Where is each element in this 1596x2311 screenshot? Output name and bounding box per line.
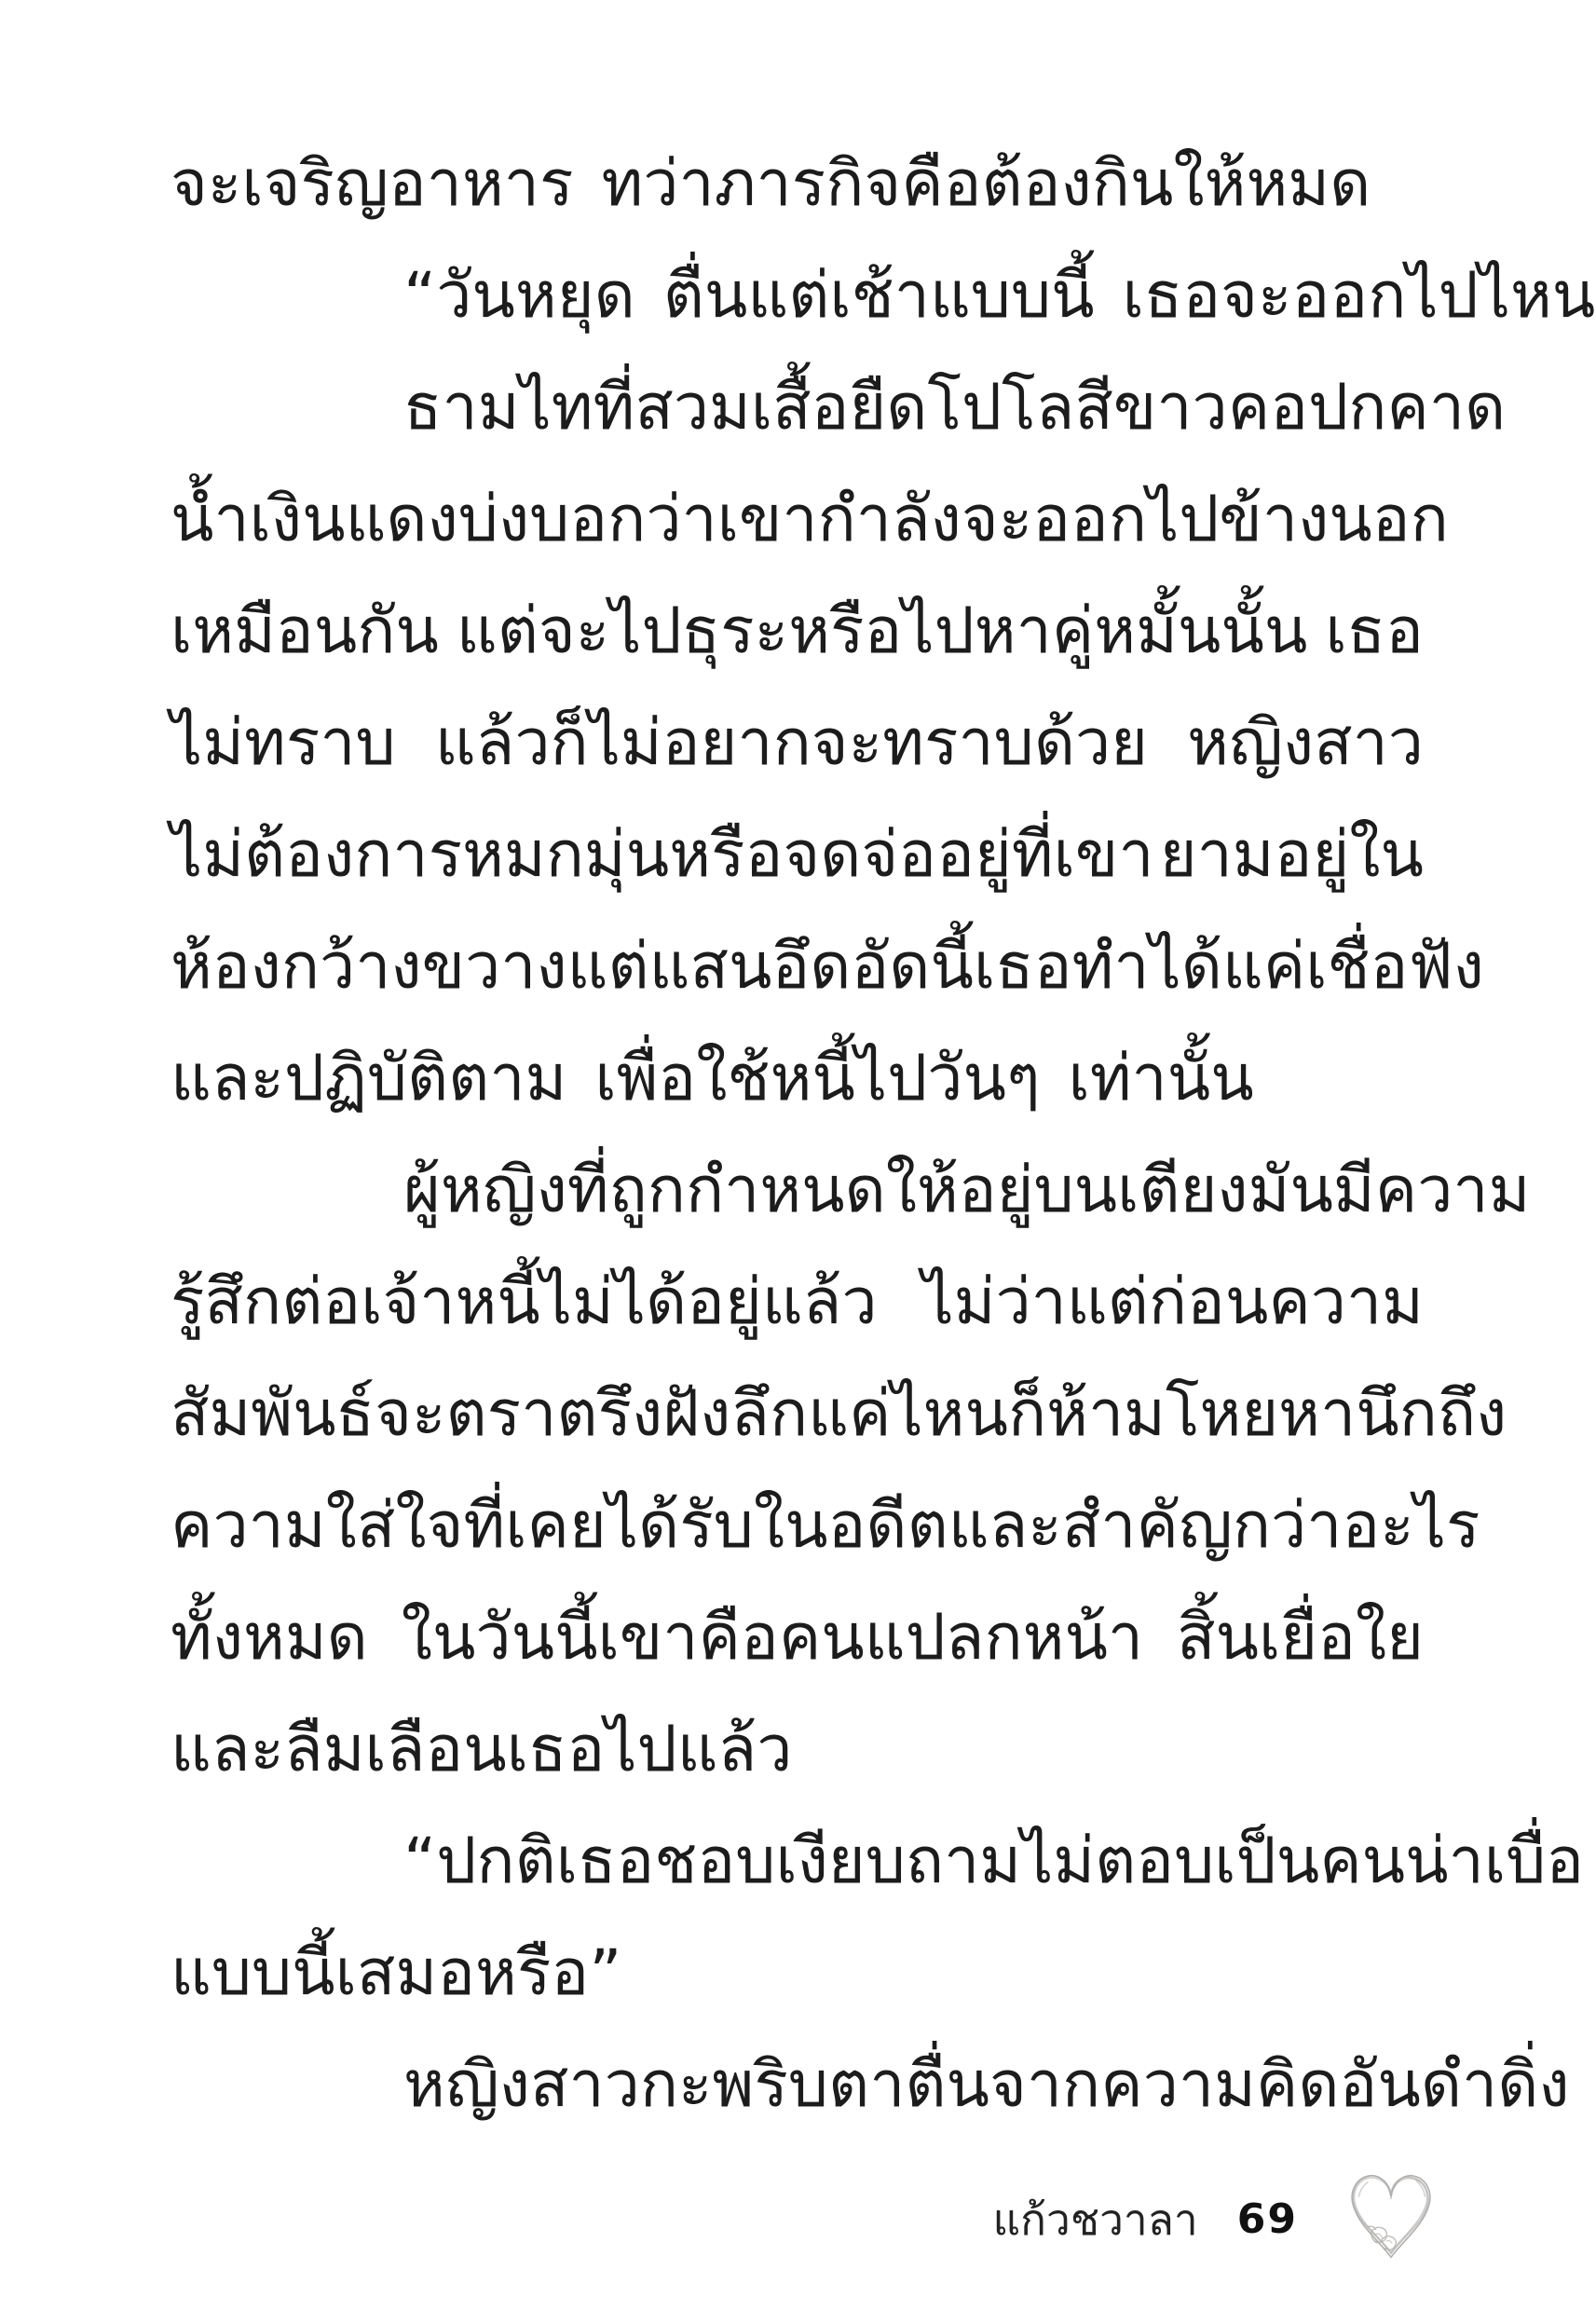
text-line: ความใส่ใจที่เคยได้รับในอดีตและสำคัญกว่าอ… <box>171 1470 1424 1582</box>
phrase: เธอ <box>1325 576 1424 688</box>
phrase: ในวันนี้เขาคือคนแปลกหน้า <box>402 1582 1143 1694</box>
page-number: 69 <box>1237 2199 1298 2240</box>
phrase: หญิงสาว <box>1187 688 1424 800</box>
phrase: เธอจะออกไปไหน” <box>1123 240 1596 352</box>
phrase: แบบนี้เสมอหรือ” <box>171 1918 621 2030</box>
phrase: หญิงสาวกะพริบตาตื่นจากความคิดอันดำดิ่ง <box>403 2030 1570 2141</box>
phrase: ยามอยู่ใน <box>1160 800 1424 911</box>
phrase: บ่งบอกว่าเขากำลังจะออกไปข้างนอก <box>458 464 1449 576</box>
phrase: เพื่อใช้หนี้ไปวันๆ <box>594 1023 1040 1135</box>
phrase: “วันหยุด <box>403 240 635 352</box>
phrase: ตื่นแต่เช้าแบบนี้ <box>663 240 1095 352</box>
phrase: ทั้งหมด <box>171 1582 368 1694</box>
phrase: และลืมเลือนเธอไปแล้ว <box>171 1694 792 1806</box>
phrase: รู้สึกต่อเจ้าหนี้ไม่ได้อยู่แล้ว <box>171 1247 878 1359</box>
phrase: เธอทำได้แค่เชื่อฟัง <box>974 911 1484 1023</box>
phrase: แต่จะไปธุระหรือไปหาคู่หมั้นนั้น <box>457 576 1307 688</box>
heart-wreath-icon <box>1346 2167 1436 2272</box>
phrase: น้ำเงินแดง <box>171 464 458 576</box>
text-line: “ปกติเธอชอบเงียบถามไม่ตอบเป็นคนน่าเบื่อ <box>171 1806 1424 1918</box>
phrase: ห้องกว้างขวางแต่แสนอึดอัดนี้ <box>171 911 974 1023</box>
text-line: “วันหยุดตื่นแต่เช้าแบบนี้เธอจะออกไปไหน” <box>171 240 1424 352</box>
text-line: ห้องกว้างขวางแต่แสนอึดอัดนี้เธอทำได้แค่เ… <box>171 911 1424 1023</box>
phrase: และปฏิบัติตาม <box>171 1023 566 1135</box>
text-line: สัมพันธ์จะตราตรึงฝังลึกแค่ไหนก็ห้ามโหยหา… <box>171 1359 1424 1470</box>
phrase: ไม่ต้องการหมกมุ่นหรือจดจ่ออยู่ที่เขา <box>171 800 1154 911</box>
phrase: ไม่ว่าแต่ก่อนความ <box>921 1247 1424 1359</box>
phrase: มันมีความ <box>1248 1135 1531 1247</box>
text-line: ธามไทที่สวมเสื้อยืดโปโลสีขาวคอปกคาด <box>171 352 1424 464</box>
phrase: แล้วก็ไม่อยากจะทราบด้วย <box>435 688 1148 800</box>
text-line: ไม่ต้องการหมกมุ่นหรือจดจ่ออยู่ที่เขายามอ… <box>171 800 1424 911</box>
phrase: ก็ห้ามโหยหานึกถึง <box>1008 1359 1507 1470</box>
text-line: หญิงสาวกะพริบตาตื่นจากความคิดอันดำดิ่ง <box>171 2030 1424 2141</box>
phrase: สิ้นเยื่อใย <box>1177 1582 1424 1694</box>
body-text: จะเจริญอาหารทว่าภารกิจคือต้องกินให้หมด“ว… <box>171 129 1424 2141</box>
text-line: ผู้หญิงที่ถูกกำหนดให้อยู่บนเตียงมันมีควา… <box>171 1135 1424 1247</box>
phrase: สัมพันธ์จะตราตรึงฝังลึกแค่ไหน <box>171 1359 1008 1470</box>
text-line: รู้สึกต่อเจ้าหนี้ไม่ได้อยู่แล้วไม่ว่าแต่… <box>171 1247 1424 1359</box>
text-line: เหมือนกันแต่จะไปธุระหรือไปหาคู่หมั้นนั้น… <box>171 576 1424 688</box>
phrase: ความใส่ใจที่เคยได้รับในอดีต <box>171 1470 948 1582</box>
phrase: เป็นคนน่าเบื่อ <box>1214 1806 1584 1918</box>
text-line: แบบนี้เสมอหรือ” <box>171 1918 1424 2030</box>
text-line: และลืมเลือนเธอไปแล้ว <box>171 1694 1424 1806</box>
text-line: ไม่ทราบแล้วก็ไม่อยากจะทราบด้วยหญิงสาว <box>171 688 1424 800</box>
phrase: จะเจริญอาหาร <box>171 129 573 240</box>
book-page: จะเจริญอาหารทว่าภารกิจคือต้องกินให้หมด“ว… <box>0 0 1596 2311</box>
phrase: ทว่าภารกิจคือต้องกินให้หมด <box>601 129 1371 240</box>
phrase: คอปกคาด <box>1228 352 1507 464</box>
phrase: “ปกติเธอชอบเงียบ <box>403 1806 906 1918</box>
text-line: และปฏิบัติตามเพื่อใช้หนี้ไปวันๆเท่านั้น <box>171 1023 1424 1135</box>
phrase: ผู้หญิงที่ถูกกำหนดให้อยู่บนเตียง <box>403 1135 1248 1247</box>
text-line: จะเจริญอาหารทว่าภารกิจคือต้องกินให้หมด <box>171 129 1424 240</box>
text-line: น้ำเงินแดงบ่งบอกว่าเขากำลังจะออกไปข้างนอ… <box>171 464 1424 576</box>
text-line: ทั้งหมดในวันนี้เขาคือคนแปลกหน้าสิ้นเยื่อ… <box>171 1582 1424 1694</box>
running-footer-title: แก้วชวาลา <box>993 2198 1198 2241</box>
phrase: ธามไทที่สวมเสื้อยืดโปโลสีขาว <box>403 352 1228 464</box>
phrase: และสำคัญกว่าอะไร <box>948 1470 1480 1582</box>
phrase: เหมือนกัน <box>171 576 439 688</box>
phrase: ถามไม่ตอบ <box>906 1806 1214 1918</box>
phrase: ไม่ทราบ <box>171 688 396 800</box>
phrase: เท่านั้น <box>1068 1023 1253 1135</box>
page-footer: แก้วชวาลา 69 <box>993 2167 1436 2272</box>
